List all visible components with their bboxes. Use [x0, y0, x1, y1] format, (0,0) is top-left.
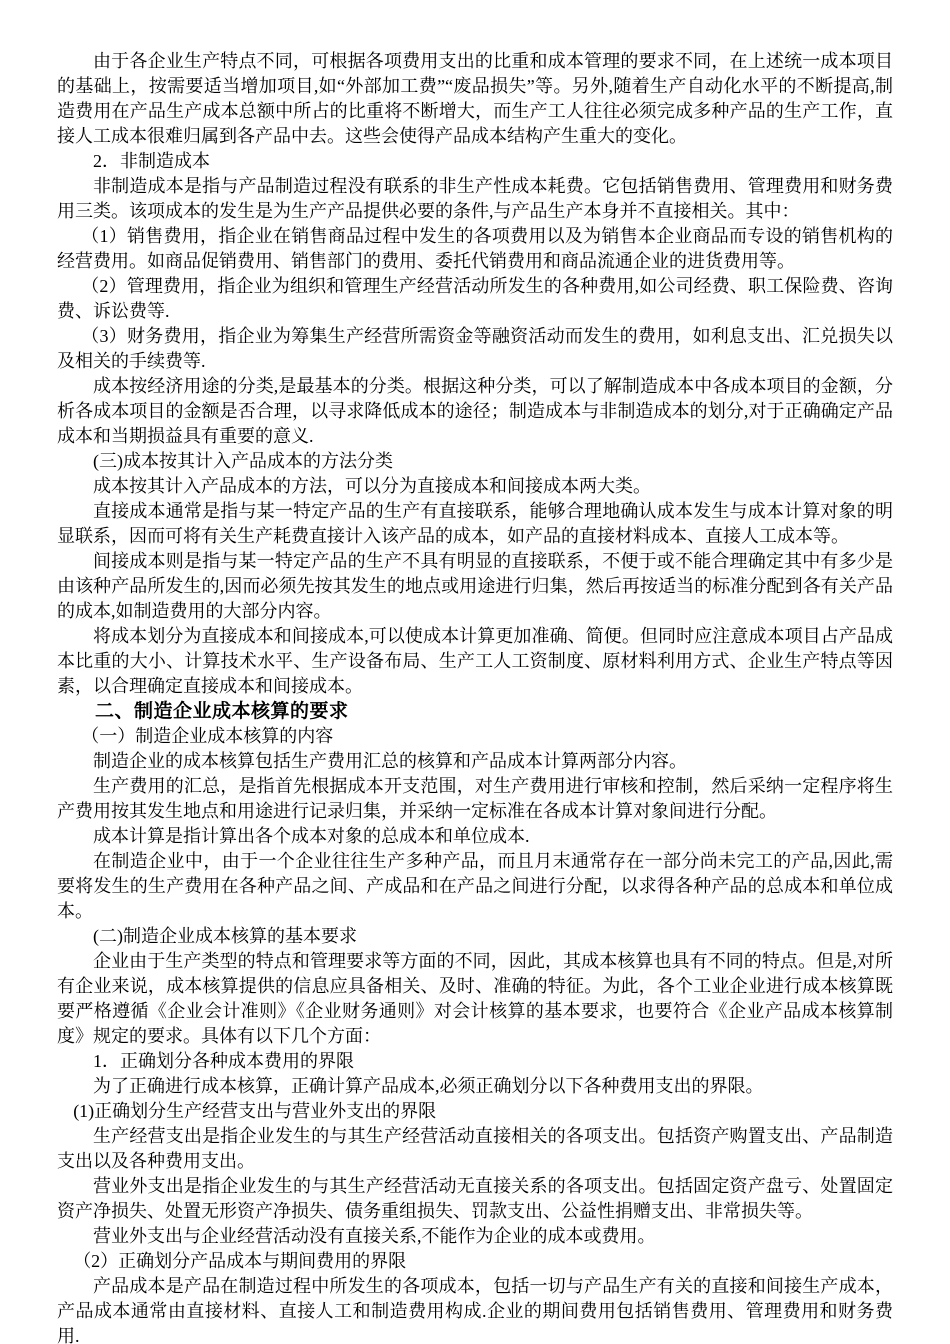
paragraph-cost-items-basis: 由于各企业生产特点不同，可根据各项费用支出的比重和成本管理的要求不同，在上述统一… [57, 49, 893, 149]
paragraph-non-manufacturing-definition: 非制造成本是指与产品制造过程没有联系的非生产性成本耗费。它包括销售费用、管理费用… [57, 174, 893, 224]
subheading-classification-by-inclusion-method: (三)成本按其计入产品成本的方法分类 [57, 449, 893, 474]
subheading-operating-vs-nonoperating: (1)正确划分生产经营支出与营业外支出的界限 [57, 1099, 893, 1124]
paragraph-selling-expense: （1）销售费用，指企业在销售商品过程中发生的各项费用以及为销售本企业商品而专设的… [57, 224, 893, 274]
document-page: 由于各企业生产特点不同，可根据各项费用支出的比重和成本管理的要求不同，在上述统一… [0, 0, 950, 1344]
paragraph-expense-summary: 生产费用的汇总，是指首先根据成本开支范围，对生产费用进行审核和控制，然后采纳一定… [57, 774, 893, 824]
paragraph-admin-expense: （2）管理费用，指企业为组织和管理生产经营活动所发生的各种费用,如公司经费、职工… [57, 274, 893, 324]
paragraph-nonoperating-not-cost: 营业外支出与企业经营活动没有直接关系,不能作为企业的成本或费用。 [57, 1224, 893, 1249]
paragraph-classification-by-economic-use: 成本按经济用途的分类,是最基本的分类。根据这种分类，可以了解制造成本中各成本项目… [57, 374, 893, 449]
paragraph-financial-expense: （3）财务费用，指企业为筹集生产经营所需资金等融资活动而发生的费用，如利息支出、… [57, 324, 893, 374]
paragraph-direct-indirect-intro: 成本按其计入产品成本的方法，可以分为直接成本和间接成本两大类。 [57, 474, 893, 499]
paragraph-boundaries-intro: 为了正确进行成本核算，正确计算产品成本,必须正确划分以下各种费用支出的界限。 [57, 1074, 893, 1099]
paragraph-nonoperating-expenditure: 营业外支出是指企业发生的与其生产经营活动无直接关系的各项支出。包括固定资产盘亏、… [57, 1174, 893, 1224]
subheading-accounting-content: （一）制造企业成本核算的内容 [57, 724, 893, 749]
paragraph-accounting-two-parts: 制造企业的成本核算包括生产费用汇总的核算和产品成本计算两部分内容。 [57, 749, 893, 774]
paragraph-multi-product-allocation: 在制造企业中，由于一个企业往往生产多种产品，而且月末通常存在一部分尚未完工的产品… [57, 849, 893, 924]
paragraph-requirements-overview: 企业由于生产类型的特点和管理要求等方面的不同，因此，其成本核算也具有不同的特点。… [57, 949, 893, 1049]
paragraph-product-cost-definition: 产品成本是产品在制造过程中所发生的各项成本，包括一切与产品生产有关的直接和间接生… [57, 1274, 893, 1344]
paragraph-indirect-cost: 间接成本则是指与某一特定产品的生产不具有明显的直接联系，不便于或不能合理确定其中… [57, 549, 893, 624]
subheading-non-manufacturing-cost: 2．非制造成本 [57, 149, 893, 174]
paragraph-cost-calculation: 成本计算是指计算出各个成本对象的总成本和单位成本. [57, 824, 893, 849]
paragraph-operating-expenditure: 生产经营支出是指企业发生的与其生产经营活动直接相关的各项支出。包括资产购置支出、… [57, 1124, 893, 1174]
subheading-basic-requirements: (二)制造企业成本核算的基本要求 [57, 924, 893, 949]
subheading-divide-cost-boundaries: 1．正确划分各种成本费用的界限 [57, 1049, 893, 1074]
paragraph-direct-cost: 直接成本通常是指与某一特定产品的生产有直接联系，能够合理地确认成本发生与成本计算… [57, 499, 893, 549]
subheading-product-cost-vs-period-expense: （2）正确划分产品成本与期间费用的界限 [57, 1249, 893, 1274]
heading-section-two: 二、制造企业成本核算的要求 [57, 699, 893, 724]
paragraph-direct-indirect-benefit: 将成本划分为直接成本和间接成本,可以使成本计算更加准确、简便。但同时应注意成本项… [57, 624, 893, 699]
